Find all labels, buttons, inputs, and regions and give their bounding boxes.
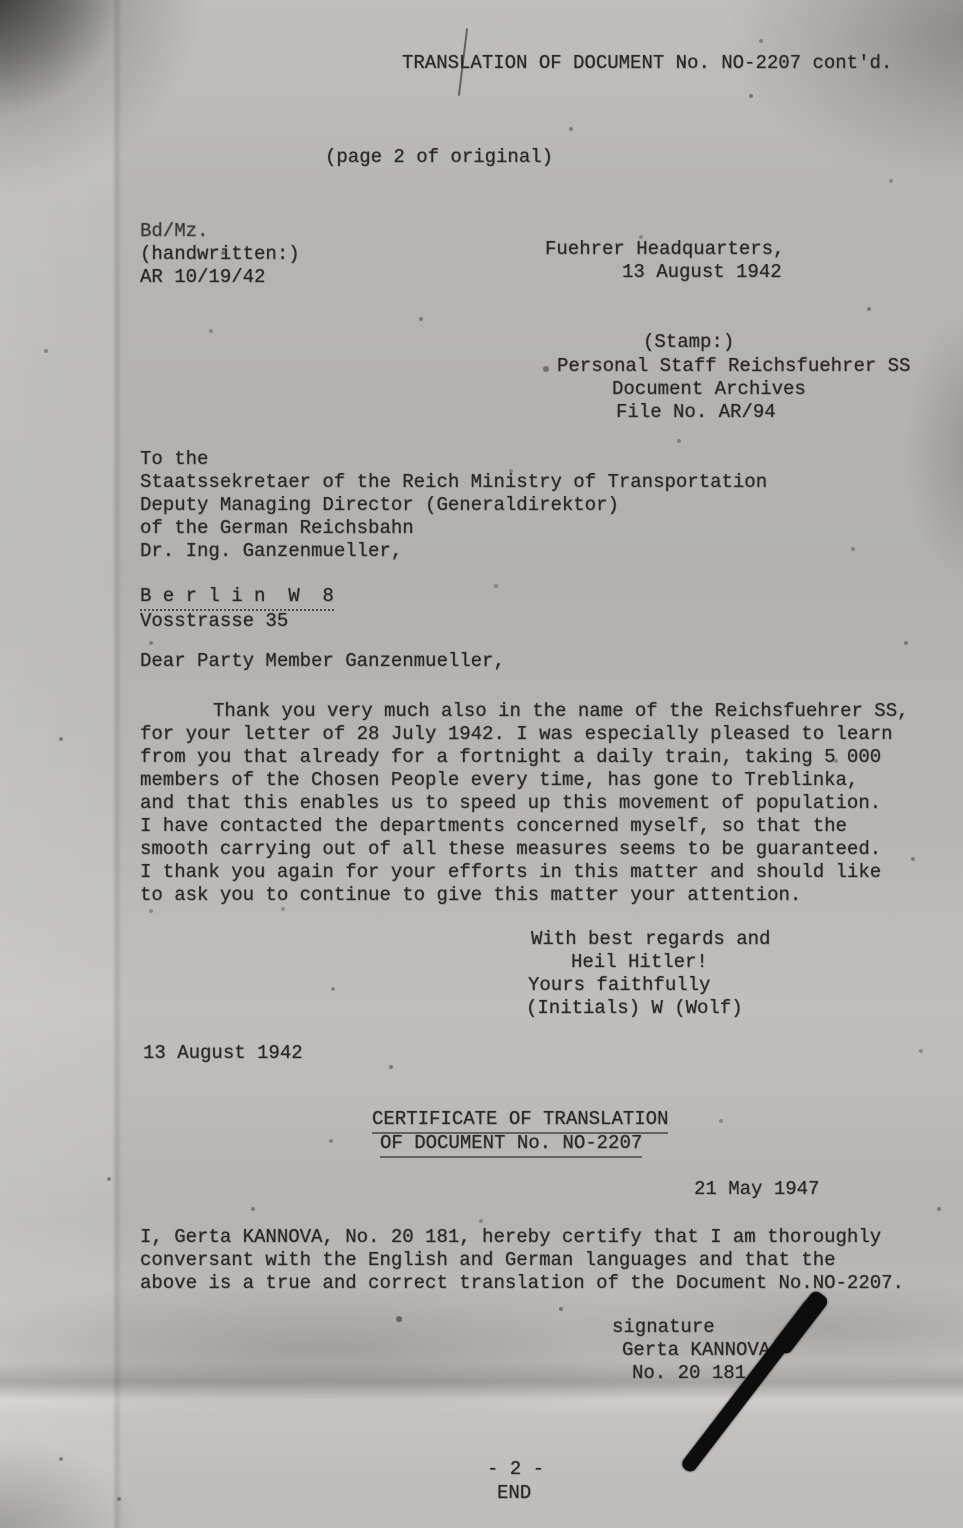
closing-regards: With best regards and (531, 928, 770, 951)
signature-name: Gerta KANNOVA (622, 1339, 770, 1362)
body-line: and that this enables us to speed up thi… (140, 792, 881, 815)
stamp-office: Personal Staff Reichsfuehrer SS (557, 355, 910, 378)
recipient-line: To the (140, 448, 208, 471)
stamp-file-number: File No. AR/94 (616, 401, 776, 424)
certificate-title-line2: OF DOCUMENT No. NO-2207 (380, 1132, 642, 1158)
address-city: B e r l i n W 8 (140, 585, 334, 611)
page-note: (page 2 of original) (325, 146, 553, 169)
signature-number: No. 20 181 (632, 1362, 746, 1385)
salutation: Dear Party Member Ganzenmueller, (140, 650, 505, 673)
recipient-line: Staatssekretaer of the Reich Ministry of… (140, 471, 767, 494)
body-line: to ask you to continue to give this matt… (140, 884, 801, 907)
closing-initials: (Initials) W (Wolf) (526, 997, 743, 1020)
stamp-archives: Document Archives (612, 378, 806, 401)
body-line: for your letter of 28 July 1942. I was e… (140, 723, 893, 746)
paper-speckles (0, 0, 2, 2)
recipient-line: of the German Reichsbahn (140, 517, 414, 540)
body-line: members of the Chosen People every time,… (140, 769, 858, 792)
body-line: I thank you again for your efforts in th… (140, 861, 881, 884)
pen-stroke-signature-top (772, 1289, 830, 1356)
closing-faithfully: Yours faithfully (528, 974, 710, 997)
certificate-date: 21 May 1947 (694, 1178, 819, 1201)
reference-code: Bd/Mz. (140, 220, 208, 243)
certificate-title-line1: CERTIFICATE OF TRANSLATION (372, 1108, 668, 1134)
header-title: TRANSLATION OF DOCUMENT No. NO-2207 cont… (402, 52, 892, 75)
dateline-place: Fuehrer Headquarters, (545, 238, 784, 261)
body-line: Thank you very much also in the name of … (213, 700, 909, 723)
certificate-line: above is a true and correct translation … (140, 1272, 904, 1295)
body-line: smooth carrying out of all these measure… (140, 838, 881, 861)
recipient-name: Dr. Ing. Ganzenmueller, (140, 540, 402, 563)
letter-date-footer: 13 August 1942 (143, 1042, 303, 1065)
reference-handwritten-note: (handwritten:) (140, 243, 300, 266)
body-line: from you that already for a fortnight a … (140, 746, 881, 769)
stamp-label: (Stamp:) (643, 331, 734, 354)
recipient-line: Deputy Managing Director (Generaldirekto… (140, 494, 619, 517)
end-mark: END (497, 1482, 531, 1505)
body-line: I have contacted the departments concern… (140, 815, 847, 838)
certificate-line: conversant with the English and German l… (140, 1249, 836, 1272)
dateline-date: 13 August 1942 (622, 261, 782, 284)
scanned-document-page: TRANSLATION OF DOCUMENT No. NO-2207 cont… (0, 0, 963, 1528)
signature-label: signature (612, 1316, 715, 1339)
reference-ar-number: AR 10/19/42 (140, 266, 265, 289)
page-number: - 2 - (487, 1458, 544, 1481)
closing-heil: Heil Hitler! (571, 951, 708, 974)
certificate-line: I, Gerta KANNOVA, No. 20 181, hereby cer… (140, 1226, 881, 1249)
address-street: Vosstrasse 35 (140, 610, 288, 633)
